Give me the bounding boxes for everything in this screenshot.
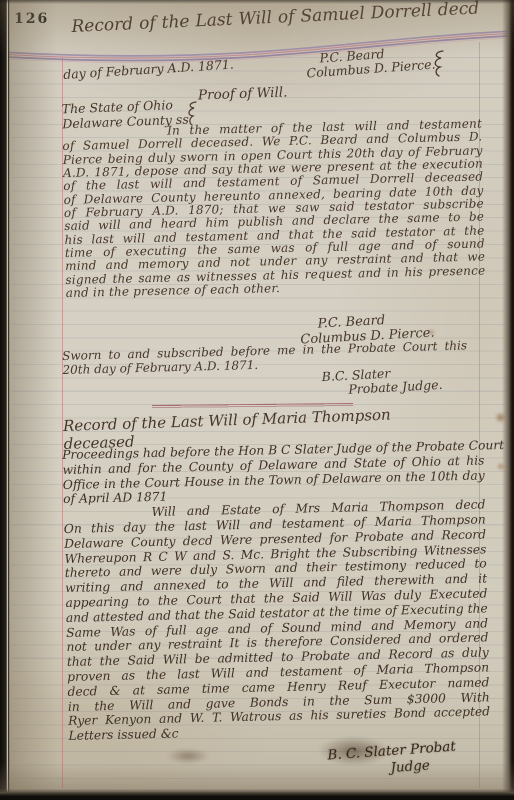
record2-body: Proceedings had before the Hon B C Slate… <box>62 438 491 743</box>
book-edge-top <box>0 0 514 4</box>
book-edge-bottom <box>0 789 514 800</box>
binding-shadow <box>10 0 58 800</box>
page-gutter-lines <box>6 0 11 800</box>
page-edge-right <box>502 0 514 800</box>
record1-body: In the matter of the last will and testa… <box>62 117 486 300</box>
record1-date-line: day of February A.D. 1871. <box>63 55 259 82</box>
judge-title: Probate Judge. <box>348 378 443 397</box>
record1-heading: Proof of Will. <box>198 84 288 103</box>
ledger-page: 126 Record of the Last Will of Samuel Do… <box>0 0 514 800</box>
ink-smudge-stain <box>166 748 210 764</box>
page-edge-shadow-bottom <box>0 763 514 791</box>
book-spine <box>0 0 6 800</box>
record1-judge-signature: B.C. Slater Probate Judge. <box>321 364 443 398</box>
page-top-shading <box>0 0 514 56</box>
